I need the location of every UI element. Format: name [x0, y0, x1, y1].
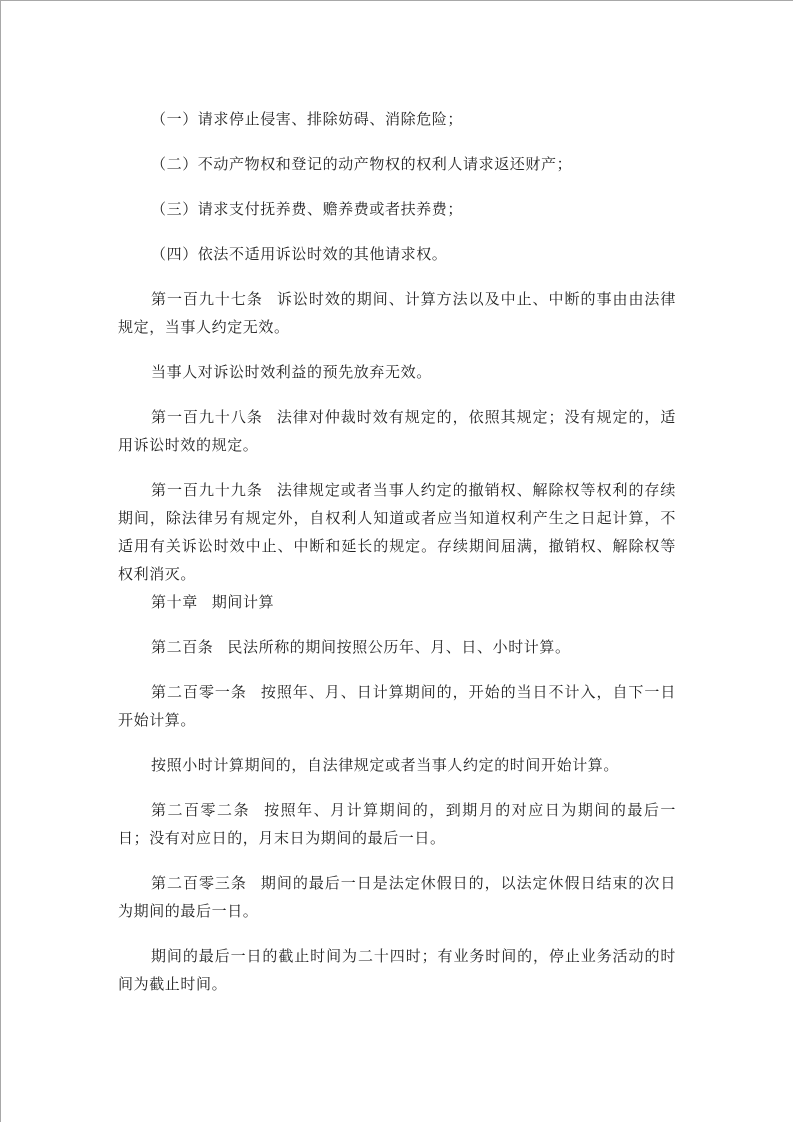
article-paragraph: 第二百零三条期间的最后一日是法定休假日的，以法定休假日结束的次日为期间的最后一日… — [118, 869, 676, 925]
article-text: 民法所称的期间按照公历年、月、日、小时计算。 — [227, 638, 570, 656]
article-paragraph: 第二百零二条按照年、月计算期间的，到期月的对应日为期间的最后一日；没有对应日的，… — [118, 796, 676, 852]
list-item: （三）请求支付抚养费、赡养费或者扶养费； — [118, 195, 676, 223]
article-paragraph: 第二百条民法所称的期间按照公历年、月、日、小时计算。 — [118, 633, 676, 661]
article-number: 第一百九十九条 — [151, 481, 263, 499]
article-paragraph: 第一百九十七条诉讼时效的期间、计算方法以及中止、中断的事由由法律规定，当事人约定… — [118, 285, 676, 341]
article-paragraph: 第一百九十九条法律规定或者当事人约定的撤销权、解除权等权利的存续期间，除法律另有… — [118, 476, 676, 588]
list-item: （一）请求停止侵害、排除妨碍、消除危险； — [118, 105, 676, 133]
document-page: （一）请求停止侵害、排除妨碍、消除危险； （二）不动产物权和登记的动产物权的权利… — [0, 0, 793, 1122]
list-item: （二）不动产物权和登记的动产物权的权利人请求返还财产； — [118, 150, 676, 178]
paragraph-text: 当事人对诉讼时效利益的预先放弃无效。 — [151, 363, 432, 381]
chapter-number: 第十章 — [151, 593, 198, 611]
article-number: 第二百零一条 — [151, 683, 247, 701]
chapter-heading: 第十章期间计算 — [118, 588, 676, 616]
document-body: （一）请求停止侵害、排除妨碍、消除危险； （二）不动产物权和登记的动产物权的权利… — [118, 105, 676, 1015]
article-number: 第二百条 — [151, 638, 213, 656]
chapter-title: 期间计算 — [212, 593, 274, 611]
article-number: 第二百零二条 — [151, 801, 250, 819]
paragraph: 按照小时计算期间的，自法律规定或者当事人约定的时间开始计算。 — [118, 751, 676, 779]
article-number: 第一百九十八条 — [151, 408, 263, 426]
paragraph-text: 期间的最后一日的截止时间为二十四时；有业务时间的，停止业务活动的时间为截止时间。 — [118, 947, 676, 993]
paragraph: 期间的最后一日的截止时间为二十四时；有业务时间的，停止业务活动的时间为截止时间。 — [118, 942, 676, 998]
paragraph: 当事人对诉讼时效利益的预先放弃无效。 — [118, 358, 676, 386]
article-number: 第一百九十七条 — [151, 290, 263, 308]
paragraph-text: 按照小时计算期间的，自法律规定或者当事人约定的时间开始计算。 — [151, 756, 619, 774]
article-paragraph: 第二百零一条按照年、月、日计算期间的，开始的当日不计入，自下一日开始计算。 — [118, 678, 676, 734]
article-paragraph: 第一百九十八条法律对仲裁时效有规定的，依照其规定；没有规定的，适用诉讼时效的规定… — [118, 403, 676, 459]
list-item: （四）依法不适用诉讼时效的其他请求权。 — [118, 240, 676, 268]
article-number: 第二百零三条 — [151, 874, 247, 892]
